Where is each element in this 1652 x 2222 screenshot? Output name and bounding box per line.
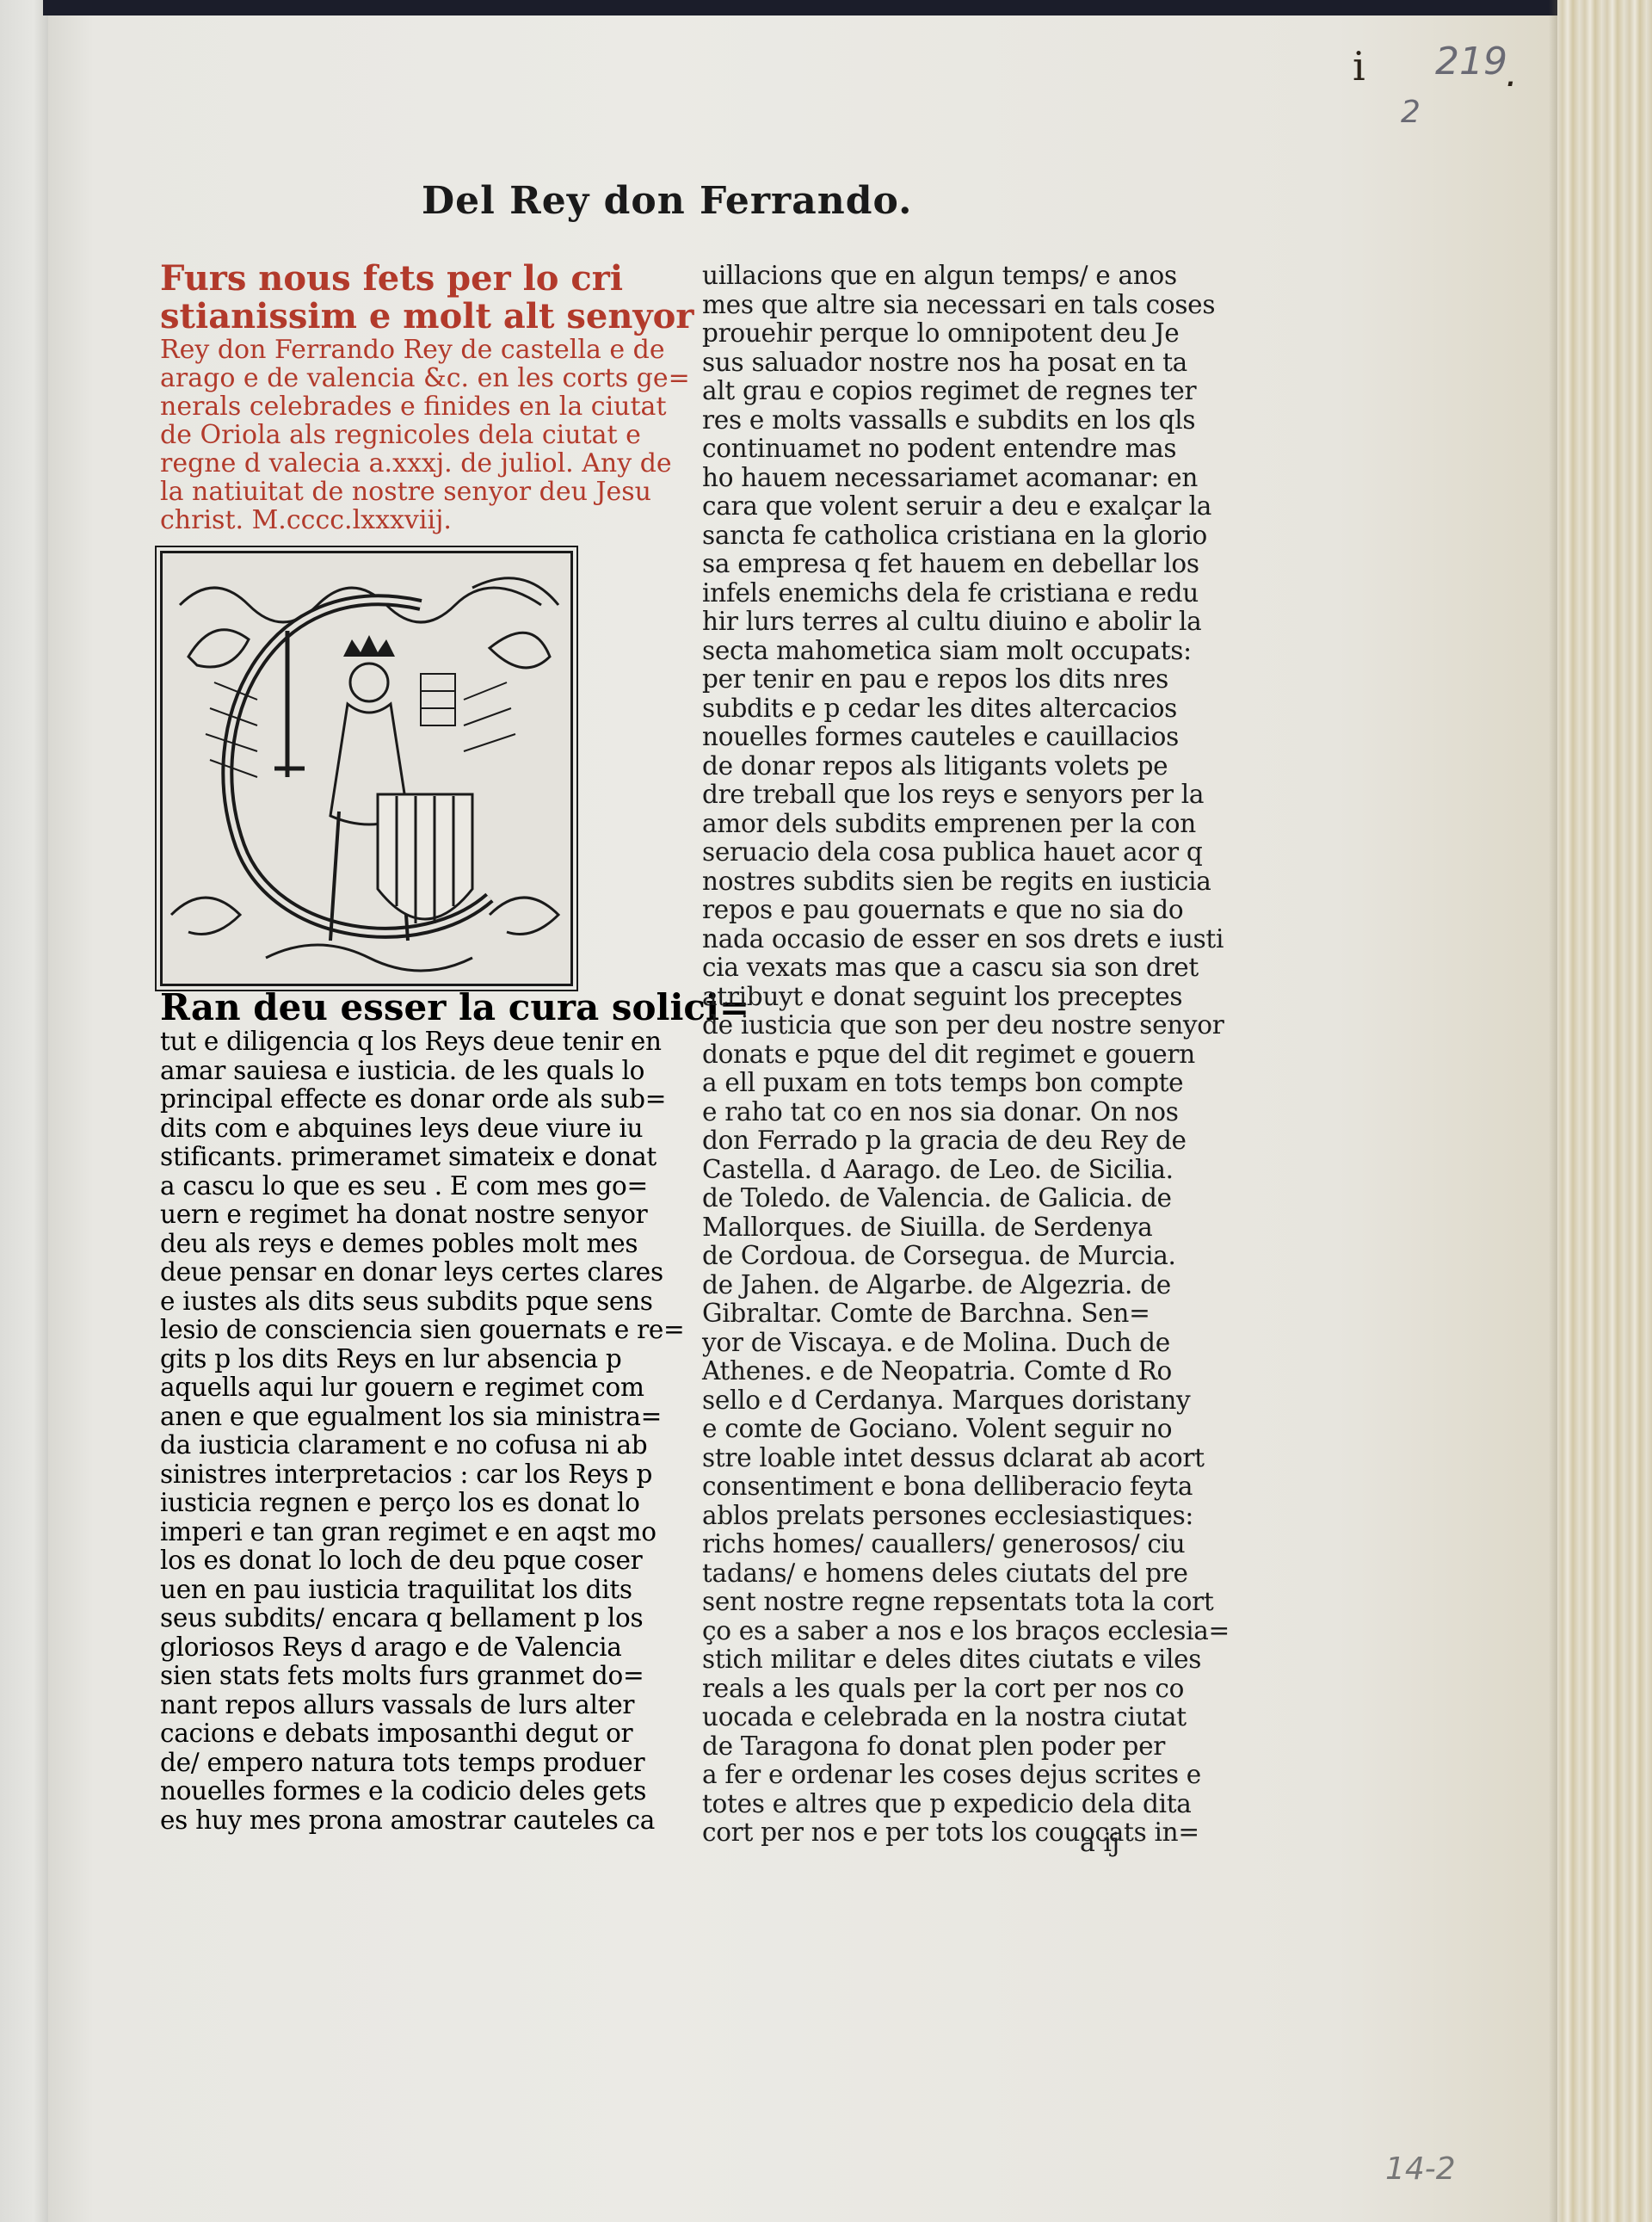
text-line: secta mahometica siam molt occupats: xyxy=(702,637,1132,666)
text-line: sinistres interpretacios : car los Reys … xyxy=(160,1460,590,1490)
text-line: anen e que egualment los sia ministra= xyxy=(160,1403,590,1432)
text-line: stre loable intet dessus dclarat ab acor… xyxy=(702,1444,1132,1473)
text-line: atribuyt e donat seguint los preceptes xyxy=(702,983,1132,1012)
left-text-column: Ran deu esser la cura solici= tut e dili… xyxy=(160,988,590,1835)
opening-line: Ran deu esser la cura solici= xyxy=(160,988,590,1028)
text-line: de donar repos als litigants volets pe xyxy=(702,752,1132,781)
text-line: prouehir perque lo omnipotent deu Je xyxy=(702,319,1132,349)
text-line: mes que altre sia necessari en tals cose… xyxy=(702,291,1132,320)
text-line: principal effecte es donar orde als sub= xyxy=(160,1085,590,1114)
manuscript-note-number: 2 xyxy=(1401,95,1421,130)
text-line: e comte de Gociano. Volent seguir no xyxy=(702,1415,1132,1444)
text-line: seruacio dela cosa publica hauet acor q xyxy=(702,838,1132,867)
text-line: per tenir en pau e repos los dits nres xyxy=(702,665,1132,694)
text-line: infels enemichs dela fe cristiana e redu xyxy=(702,579,1132,608)
text-line: e iustes als dits seus subdits pque sens xyxy=(160,1287,590,1317)
rubric-line: regne d valecia a.xxxj. de juliol. Any d… xyxy=(160,449,582,478)
text-block-fore-edge xyxy=(1557,0,1652,2222)
text-line: nouelles formes e la codicio deles gets xyxy=(160,1777,590,1806)
text-line: res e molts vassalls e subdits en los ql… xyxy=(702,406,1132,435)
text-line: Athenes. e de Neopatria. Comte d Ro xyxy=(702,1357,1132,1386)
text-line: a ell puxam en tots temps bon compte xyxy=(702,1069,1132,1098)
woodcut-initial-illustration xyxy=(160,551,573,986)
rubric-line: Rey don Ferrando Rey de castella e de xyxy=(160,336,582,364)
text-line: de Cordoua. de Corsegua. de Murcia. xyxy=(702,1242,1132,1271)
text-line: Castella. d Aarago. de Leo. de Sicilia. xyxy=(702,1156,1132,1185)
text-line: de Toledo. de Valencia. de Galicia. de xyxy=(702,1184,1132,1213)
text-line: sello e d Cerdanya. Marques doristany xyxy=(702,1386,1132,1416)
text-line: da iusticia clarament e no cofusa ni ab xyxy=(160,1431,590,1460)
text-line: tadans/ e homens deles ciutats del pre xyxy=(702,1559,1132,1589)
text-line: e raho tat co en nos sia donar. On nos xyxy=(702,1098,1132,1127)
text-line: gits p los dits Reys en lur absencia p xyxy=(160,1345,590,1374)
text-line: dre treball que los reys e senyors per l… xyxy=(702,781,1132,810)
text-line: tut e diligencia q los Reys deue tenir e… xyxy=(160,1028,590,1057)
text-line: stificants. primeramet simateix e donat xyxy=(160,1143,590,1172)
text-line: de Taragona fo donat plen poder per xyxy=(702,1732,1132,1762)
text-line: amar sauiesa e iusticia. de les quals lo xyxy=(160,1057,590,1086)
text-line: sien stats fets molts furs granmet do= xyxy=(160,1662,590,1691)
text-line: es huy mes prona amostrar cauteles ca xyxy=(160,1806,590,1836)
rubric-line: de Oriola als regnicoles dela ciutat e xyxy=(160,421,582,449)
king-with-shield-woodcut-icon xyxy=(163,553,570,984)
text-line: cia vexats mas que a cascu sia son dret xyxy=(702,954,1132,983)
signature-mark: a ij xyxy=(1080,1828,1119,1858)
rubric-line: la natiuitat de nostre senyor deu Jesu xyxy=(160,478,582,506)
text-line: de Jahen. de Algarbe. de Algezria. de xyxy=(702,1271,1132,1300)
rubric-line: arago e de valencia &c. en les corts ge= xyxy=(160,364,582,392)
text-line: a fer e ordenar les coses dejus scrites … xyxy=(702,1761,1132,1790)
manuscript-dot: . xyxy=(1506,52,1518,96)
text-line: sancta fe catholica cristiana en la glor… xyxy=(702,522,1132,551)
text-line: alt grau e copios regimet de regnes ter xyxy=(702,377,1132,406)
text-line: totes e altres que p expedicio dela dita xyxy=(702,1790,1132,1819)
text-line: Mallorques. de Siuilla. de Serdenya xyxy=(702,1213,1132,1243)
text-line: Gibraltar. Comte de Barchna. Sen= xyxy=(702,1299,1132,1329)
text-line: repos e pau gouernats e que no sia do xyxy=(702,896,1132,925)
rubric-line: nerals celebrades e finides en la ciutat xyxy=(160,392,582,421)
text-line: cara que volent seruir a deu e exalçar l… xyxy=(702,492,1132,522)
text-line: uocada e celebrada en la nostra ciutat xyxy=(702,1703,1132,1732)
text-line: seus subdits/ encara q bellament p los xyxy=(160,1604,590,1633)
manuscript-shelf-note: 14-2 xyxy=(1385,2151,1456,2187)
text-line: uillacions que en algun temps/ e anos xyxy=(702,262,1132,291)
rubric-line: christ. M.cccc.lxxxviij. xyxy=(160,506,582,534)
text-line: subdits e p cedar les dites altercacios xyxy=(702,694,1132,724)
text-line: dits com e abquines leys deue viure iu xyxy=(160,1114,590,1144)
top-background-strip xyxy=(43,0,1575,15)
text-line: sus saluador nostre nos ha posat en ta xyxy=(702,349,1132,378)
text-line: cort per nos e per tots los couocats in= xyxy=(702,1818,1132,1848)
text-line: nada occasio de esser en sos drets e ius… xyxy=(702,925,1132,954)
rubric-title: Furs nous fets per lo cri stianissim e m… xyxy=(160,260,582,534)
left-page-edge xyxy=(0,0,48,2222)
text-line: sa empresa q fet hauem en debellar los xyxy=(702,550,1132,579)
text-line: aquells aqui lur gouern e regimet com xyxy=(160,1373,590,1403)
text-line: iusticia regnen e perço los es donat lo xyxy=(160,1489,590,1518)
text-line: uern e regimet ha donat nostre senyor xyxy=(160,1200,590,1230)
text-line: sent nostre regne repsentats tota la cor… xyxy=(702,1588,1132,1617)
text-line: imperi e tan gran regimet e en aqst mo xyxy=(160,1518,590,1547)
text-line: ço es a saber a nos e los braços ecclesi… xyxy=(702,1617,1132,1646)
rubric-line: stianissim e molt alt senyor xyxy=(160,298,582,336)
text-line: los es donat lo loch de deu pque coser xyxy=(160,1546,590,1576)
text-line: gloriosos Reys d arago e de Valencia xyxy=(160,1633,590,1663)
running-head: Del Rey don Ferrando. xyxy=(422,179,912,223)
manuscript-note-letter: i xyxy=(1353,43,1365,89)
text-line: ho hauem necessariamet acomanar: en xyxy=(702,464,1132,493)
text-line: nostres subdits sien be regits en iustic… xyxy=(702,867,1132,897)
text-line: de/ empero natura tots temps produer xyxy=(160,1749,590,1778)
text-line: yor de Viscaya. e de Molina. Duch de xyxy=(702,1329,1132,1358)
text-line: richs homes/ cauallers/ generosos/ ciu xyxy=(702,1530,1132,1559)
text-line: continuamet no podent entendre mas xyxy=(702,435,1132,464)
text-line: cacions e debats imposanthi degut or xyxy=(160,1719,590,1749)
text-line: don Ferrado p la gracia de deu Rey de xyxy=(702,1126,1132,1156)
text-line: hir lurs terres al cultu diuino e abolir… xyxy=(702,608,1132,637)
text-line: ablos prelats persones ecclesiastiques: xyxy=(702,1502,1132,1531)
text-line: lesio de consciencia sien gouernats e re… xyxy=(160,1316,590,1345)
manuscript-folio-number: 219 xyxy=(1435,40,1507,83)
text-line: deu als reys e demes pobles molt mes xyxy=(160,1230,590,1259)
text-line: consentiment e bona delliberacio feyta xyxy=(702,1472,1132,1502)
right-text-column: uillacions que en algun temps/ e anos me… xyxy=(702,262,1132,1848)
text-line: reals a les quals per la cort per nos co xyxy=(702,1675,1132,1704)
text-line: amor dels subdits emprenen per la con xyxy=(702,810,1132,839)
text-line: a cascu lo que es seu . E com mes go= xyxy=(160,1172,590,1201)
text-line: donats e pque del dit regimet e gouern xyxy=(702,1040,1132,1070)
text-line: nant repos allurs vassals de lurs alter xyxy=(160,1691,590,1720)
rubric-line: Furs nous fets per lo cri xyxy=(160,260,582,298)
text-line: uen en pau iusticia traquilitat los dits xyxy=(160,1576,590,1605)
text-line: de iusticia que son per deu nostre senyo… xyxy=(702,1011,1132,1040)
text-line: nouelles formes cauteles e cauillacios xyxy=(702,723,1132,752)
text-line: deue pensar en donar leys certes clares xyxy=(160,1258,590,1287)
text-line: stich militar e deles dites ciutats e vi… xyxy=(702,1645,1132,1675)
